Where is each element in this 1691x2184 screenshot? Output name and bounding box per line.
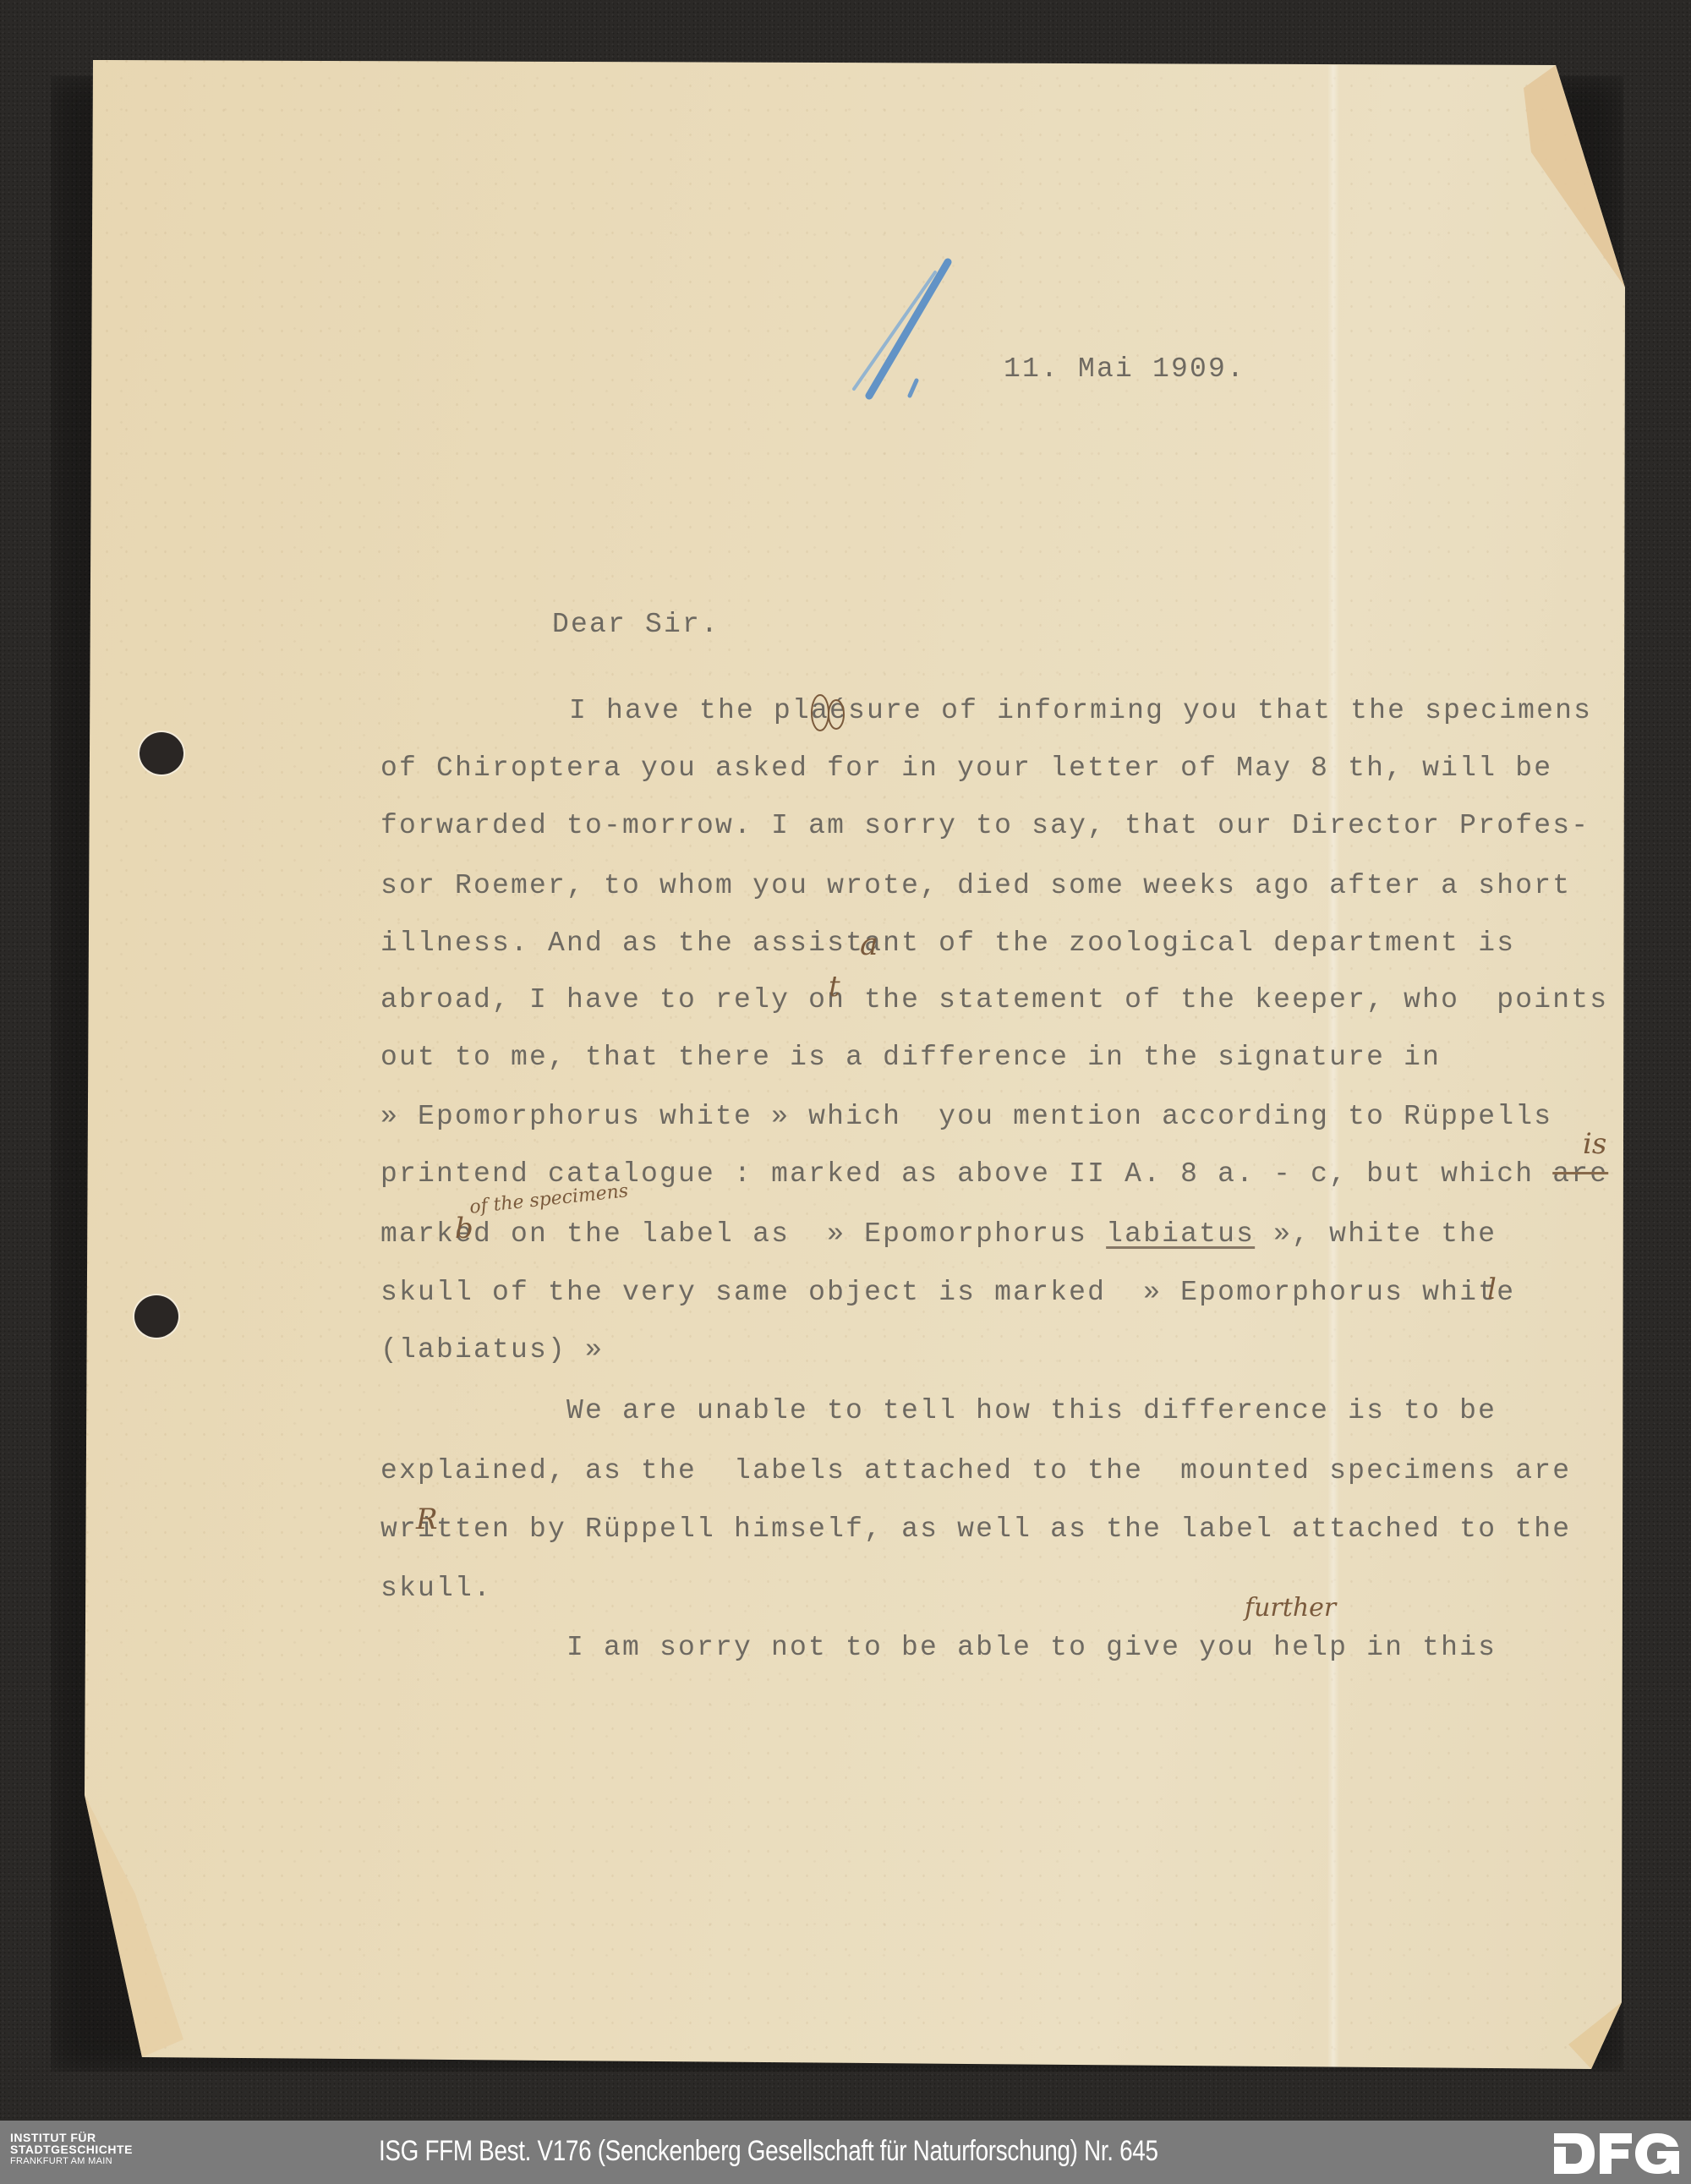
body-line-10: marked on the label as » Epomorphorus la… — [380, 1220, 1497, 1248]
handwritten-replacement-is: is — [1583, 1130, 1606, 1158]
handwritten-correction-t: t — [829, 972, 840, 1001]
handwritten-correction-r: R — [416, 1505, 438, 1534]
circled-letters-mark — [809, 691, 851, 733]
institution-line-3: FRANKFURT AM MAIN — [10, 2157, 133, 2166]
handwritten-correction-a: a — [860, 930, 878, 961]
body-line-13: We are unable to tell how this differenc… — [566, 1397, 1497, 1425]
handwritten-insert-further: further — [1245, 1596, 1336, 1621]
salutation: Dear Sir. — [552, 610, 720, 638]
blue-pencil-number-mark — [827, 254, 971, 406]
handwritten-correction-b: b — [455, 1214, 473, 1243]
body-line-2: of Chiroptera you asked for in your lett… — [380, 754, 1552, 782]
institution-line-2: STADTGESCHICHTE — [10, 2143, 133, 2155]
body-line-11: skull of the very same object is marked … — [380, 1278, 1515, 1306]
dfg-logo-icon — [1554, 2133, 1679, 2174]
struck-word: are — [1552, 1158, 1608, 1190]
archive-footer: INSTITUT FÜR STADTGESCHICHTE FRANKFURT A… — [0, 2121, 1691, 2184]
letter-date: 11. Mai 1909. — [1004, 355, 1245, 383]
body-line-9-text: printend catalogue : marked as above II … — [380, 1158, 1534, 1190]
body-line-17: I am sorry not to be able to give you he… — [566, 1634, 1497, 1661]
body-line-15: written by Rüppell himself, as well as t… — [380, 1515, 1571, 1543]
body-line-3: forwarded to-morrow. I am sorry to say, … — [380, 812, 1590, 840]
body-line-9: printend catalogue : marked as above II … — [380, 1160, 1608, 1188]
body-line-8: » Epomorphorus white » which you mention… — [380, 1103, 1552, 1130]
body-line-10-text: marked on the label as » Epomorphorus — [380, 1218, 1087, 1250]
body-line-16: skull. — [380, 1574, 492, 1602]
body-line-4: sor Roemer, to whom you wrote, died some… — [380, 872, 1571, 900]
body-line-7: out to me, that there is a difference in… — [380, 1043, 1441, 1071]
archive-reference-title: ISG FFM Best. V176 (Senckenberg Gesellsc… — [379, 2135, 1158, 2168]
punch-hole-top — [140, 732, 183, 775]
punch-hole-bottom — [134, 1295, 178, 1338]
body-line-10-tail: », white the — [1255, 1218, 1497, 1250]
underlined-word: labiatus — [1106, 1218, 1255, 1250]
body-line-14: explained, as the labels attached to the… — [380, 1457, 1571, 1485]
handwritten-correction-l: l — [1487, 1275, 1497, 1304]
institution-line-1: INSTITUT FÜR — [10, 2132, 133, 2143]
institution-logo: INSTITUT FÜR STADTGESCHICHTE FRANKFURT A… — [10, 2132, 133, 2166]
body-line-6: abroad, I have to rely on the statement … — [380, 986, 1608, 1014]
body-line-12: (labiatus) » — [380, 1336, 604, 1364]
body-line-5: illness. And as the assistant of the zoo… — [380, 929, 1515, 957]
body-line-1: I have the plaésure of informing you tha… — [569, 697, 1592, 725]
